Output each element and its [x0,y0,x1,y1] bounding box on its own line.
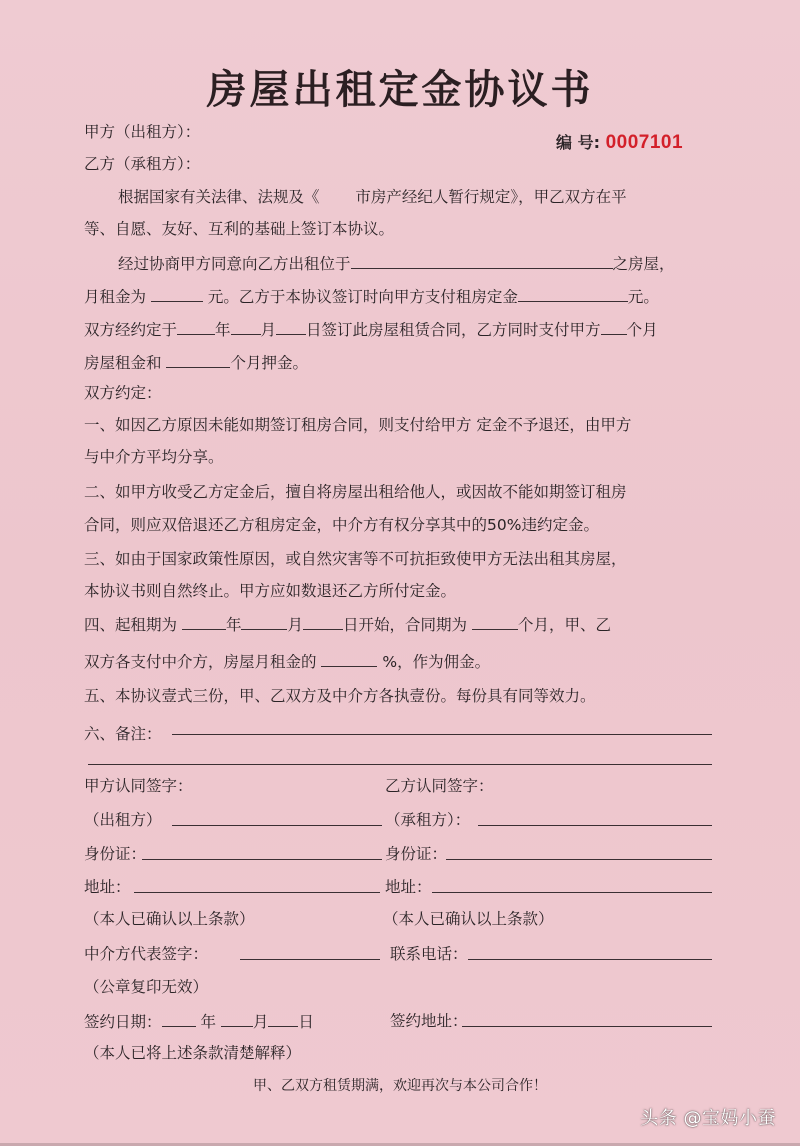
terms-text: 之房屋， [613,255,675,273]
monthly-rent-blank[interactable] [151,286,203,302]
clause-3-line-2: 本协议书则自然终止。甲方应如数退还乙方所付定金。 [84,581,456,601]
terms-text: 元。乙方于本协议签订时向甲方支付租房定金 [208,288,518,306]
terms-text: 元。 [628,288,659,306]
lessor-address-label: 地址： [84,877,131,897]
preamble-line-1: 根据国家有关法律、法规及《 市房产经纪人暂行规定》，甲乙双方在平 [118,187,627,207]
lessor-signature-label: 甲方认同签字： [84,776,193,796]
serial-label: 编 号: [556,133,600,152]
clause-1-line-2: 与中介方平均分享。 [84,447,224,467]
explained-note: （本人已将上述条款清楚解释） [84,1043,301,1063]
sign-month-blank[interactable] [221,1011,253,1027]
lessee-role-label: （承租方）： [385,810,470,830]
clause-5: 五、本协议壹式三份，甲、乙双方及中介方各执壹份。每份具有同等效力。 [84,686,596,706]
clause-text: 双方各支付中介方，房屋月租金的 [84,653,317,671]
serial-number-field: 编 号: 0007101 [556,130,683,154]
contract-year-blank[interactable] [177,319,215,335]
day-label: 日 [298,1013,314,1031]
terms-text: 年 [215,321,231,339]
deposit-amount-blank[interactable] [518,286,628,302]
sign-date-label: 签约日期： [84,1013,162,1031]
clause-4-line-1: 四、起租期为 年月日开始，合同期为 个月，甲、乙 [84,614,611,635]
security-deposit-months-blank[interactable] [166,352,230,368]
lessee-address-line[interactable] [432,892,712,893]
contract-day-blank[interactable] [276,319,306,335]
sign-year-blank[interactable] [162,1011,196,1027]
preamble-line-2: 等、自愿、友好、互利的基础上签订本协议。 [84,219,394,239]
lease-start-day-blank[interactable] [303,614,343,630]
terms-line-2: 月租金为 元。乙方于本协议签订时向甲方支付租房定金元。 [84,286,659,307]
seal-note: （公章复印无效） [84,977,208,997]
lessee-id-line[interactable] [446,859,712,860]
lessee-id-label: 身份证： [385,844,447,864]
phone-label: 联系电话： [390,944,468,964]
lessor-id-line[interactable] [142,859,382,860]
clause-4-line-2: 双方各支付中介方，房屋月租金的 %，作为佣金。 [84,651,490,672]
terms-line-3: 双方经约定于年月日签订此房屋租赁合同，乙方同时支付甲方个月 [84,319,658,340]
property-location-blank[interactable] [351,253,613,269]
lessee-signature-line[interactable] [478,825,712,826]
clause-text: 月 [287,616,303,634]
lessee-signature-label: 乙方认同签字： [385,776,494,796]
agreement-heading: 双方约定： [84,383,162,403]
terms-text: 日签订此房屋租赁合同，乙方同时支付甲方 [306,321,601,339]
lessor-confirm-note: （本人已确认以上条款） [84,909,255,929]
clause-text: 四、起租期为 [84,616,177,634]
agent-signature-line[interactable] [240,959,380,960]
terms-line-4: 房屋租金和 个月押金。 [84,352,308,373]
year-label: 年 [200,1013,216,1031]
document-title: 房屋出租定金协议书 [0,58,800,115]
terms-text: 月 [261,321,277,339]
phone-line[interactable] [468,959,712,960]
lessee-address-label: 地址： [385,877,432,897]
lessor-role-label: （出租方） [84,810,162,830]
remarks-line-2[interactable] [88,764,712,765]
clause-2-line-1: 二、如甲方收受乙方定金后，擅自将房屋出租给他人，或因故不能如期签订租房 [84,482,627,502]
remarks-line-1[interactable] [172,734,712,735]
source-watermark: 头条 @宝妈小蚕 [640,1104,776,1130]
clause-text: 年 [226,616,242,634]
terms-text: 个月押金。 [230,354,308,372]
sign-place-label: 签约地址： [390,1011,468,1031]
clause-text: 日开始，合同期为 [343,616,467,634]
clause-text: %，作为佣金。 [382,653,490,671]
lessor-address-line[interactable] [134,892,380,893]
lease-start-year-blank[interactable] [182,614,226,630]
terms-text: 经过协商甲方同意向乙方出租位于 [118,255,351,273]
sign-place-line[interactable] [462,1026,712,1027]
clause-1-line-1: 一、如因乙方原因未能如期签订租房合同，则支付给甲方 定金不予退还，由甲方 [84,415,631,435]
prepaid-months-blank[interactable] [601,319,627,335]
clause-6-remarks-label: 六、备注： [84,724,162,744]
closing-message: 甲、乙双方租赁期满，欢迎再次与本公司合作！ [0,1075,800,1095]
month-label: 月 [253,1013,269,1031]
lessor-signature-line[interactable] [172,825,382,826]
clause-2-line-2: 合同，则应双倍退还乙方租房定金，中介方有权分享其中的50%违约定金。 [84,515,599,535]
sign-date-row: 签约日期： 年 月日 [84,1011,314,1032]
lease-start-month-blank[interactable] [241,614,287,630]
terms-text: 个月 [627,321,658,339]
terms-text: 月租金为 [84,288,146,306]
contract-month-blank[interactable] [231,319,261,335]
lessee-party-label: 乙方（承租方）： [84,154,200,174]
clause-text: 个月，甲、乙 [518,616,611,634]
sign-day-blank[interactable] [268,1011,298,1027]
lessor-id-label: 身份证： [84,844,146,864]
terms-line-1: 经过协商甲方同意向乙方出租位于之房屋， [118,253,675,274]
terms-text: 房屋租金和 [84,354,162,372]
terms-text: 双方经约定于 [84,321,177,339]
lessor-party-label: 甲方（出租方）： [84,122,200,142]
clause-3-line-1: 三、如由于国家政策性原因，或自然灾害等不可抗拒致使甲方无法出租其房屋， [84,549,627,569]
agent-signature-label: 中介方代表签字： [84,944,208,964]
serial-number-value: 0007101 [606,132,683,153]
lease-term-months-blank[interactable] [472,614,518,630]
commission-percent-blank[interactable] [321,651,377,667]
lessee-confirm-note: （本人已确认以上条款） [383,909,554,929]
